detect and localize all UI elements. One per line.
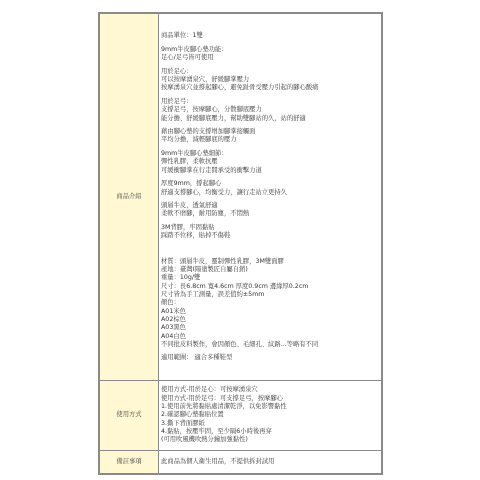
text-line: 彈性乳膠，柔軟抗壓: [161, 158, 379, 166]
text-line: 足心/足弓皆可使用: [161, 54, 379, 62]
text-line: 4.黏貼，按壓牢固，至少隔6小時後再穿: [161, 428, 379, 436]
text-line: 9mm牛皮腳心墊功能：: [161, 46, 379, 54]
table-row-product-intro: 商品介紹 商品單位：1雙 9mm牛皮腳心墊功能： 足心/足弓皆可使用 用於足心：…: [99, 13, 382, 381]
text-block: 3M背膠，牢固黏貼 踩踏不位移，貼掉不傷鞋: [161, 224, 379, 241]
row-value: 使用方式-用於足心：可按摩湧泉穴 使用方式-用於足弓：可支撐足弓，按摩腳心 1.…: [159, 381, 383, 451]
text-block: 適用範圍： 適合多種鞋型: [161, 354, 379, 362]
text-block: 用於足弓： 支撐足弓，按摩腳心，分散腳底壓力 能分擔、舒緩腳底壓力，幫助雙腳站的…: [161, 98, 379, 123]
table-row-usage: 使用方式 使用方式-用於足心：可按摩湧泉穴 使用方式-用於足弓：可支撐足弓，按摩…: [99, 381, 382, 451]
text-line: 踩踏不位移，貼掉不傷鞋: [161, 232, 379, 240]
row-value: 商品單位：1雙 9mm牛皮腳心墊功能： 足心/足弓皆可使用 用於足心： 可以按摩…: [159, 13, 383, 381]
text-block: 商品單位：1雙: [161, 32, 379, 40]
text-line: A02棕色: [161, 316, 379, 324]
text-line: 使用方式-用於足心：可按摩湧泉穴: [161, 386, 379, 394]
text-line: 不同批皮料製作，會因顏色、毛細孔、紋路...等略有不同: [161, 341, 379, 349]
text-line: 支撐足弓，按摩腳心，分散腳底壓力: [161, 106, 379, 114]
row-label: 商品介紹: [99, 13, 159, 381]
text-line: 適用範圍： 適合多種鞋型: [161, 354, 379, 362]
table-row-notes: 備註事項 此商品為個人衛生用品，不提供拆封試用: [99, 451, 382, 475]
text-block: 用於足心： 可以按摩湧泉穴，舒緩腳掌壓力 按摩湧泉穴並撐起腳心，避免趾骨受壓力引…: [161, 68, 379, 93]
text-line: 尺寸：長6.8cm 寬4.6cm 厚度0.9cm 邊緣厚0.2cm: [161, 283, 379, 291]
text-line: 顏色：: [161, 299, 379, 307]
text-line: 尺寸皆為手工測量，誤差值約±5mm: [161, 291, 379, 299]
row-label: 備註事項: [99, 451, 159, 475]
text-line: 按摩湧泉穴並撐起腳心，避免趾骨受壓力引起的腳心酸痛: [161, 84, 379, 92]
text-line: 舒適支撐腳心，均衡受力，讓行走站立更持久: [161, 189, 379, 197]
text-line: 柔軟不磨腳，耐用防塵，不悶熱: [161, 210, 379, 218]
spacer: [161, 246, 379, 258]
row-label: 使用方式: [99, 381, 159, 451]
text-block: 使用方式-用於足心：可按摩湧泉穴 使用方式-用於足弓：可支撐足弓，按摩腳心 1.…: [161, 386, 379, 444]
text-line: 厚度9mm，撐起腳心: [161, 180, 379, 188]
text-block: 9mm牛皮腳心墊細節： 彈性乳膠，柔軟抗壓 可緩衝腳掌在行走間承受的衝擊力道: [161, 150, 379, 175]
text-line: A03黑色: [161, 324, 379, 332]
text-block: 藉由腳心墊的支撐增加腳掌接觸面 平均分擔，減輕腳底的壓力: [161, 128, 379, 145]
text-line: A04白色: [161, 333, 379, 341]
text-line: 可緩衝腳掌在行走間承受的衝擊力道: [161, 167, 379, 175]
text-line: 使用方式-用於足弓：可支撐足弓，按摩腳心: [161, 395, 379, 403]
text-line: 此商品為個人衛生用品，不提供拆封試用: [161, 458, 379, 466]
text-block: 9mm牛皮腳心墊功能： 足心/足弓皆可使用: [161, 46, 379, 63]
row-value: 此商品為個人衛生用品，不提供拆封試用: [159, 451, 383, 475]
text-block-specs: 材質：頭層牛皮，靈制彈性乳膠，3M雙面膠 產地：臺灣(陽塗製匠自屬自銷) 重量：…: [161, 258, 379, 349]
text-line: 材質：頭層牛皮，靈制彈性乳膠，3M雙面膠: [161, 258, 379, 266]
text-line: 用於足弓：: [161, 98, 379, 106]
text-line: A01米色: [161, 308, 379, 316]
text-line: 重量：10g/雙: [161, 274, 379, 282]
text-line: 能分擔、舒緩腳底壓力，幫助雙腳站的久，站的舒適: [161, 115, 379, 123]
text-line: 3.撕下背面膠紙: [161, 420, 379, 428]
text-line: 用於足心：: [161, 68, 379, 76]
text-line: (可用吹風機吹熱分鐘加強黏性): [161, 436, 379, 444]
text-block: 頭層牛皮，透氣舒適 柔軟不磨腳，耐用防塵，不悶熱: [161, 202, 379, 219]
text-line: 2.確認腳心墊黏貼位置: [161, 411, 379, 419]
text-line: 商品單位：1雙: [161, 32, 379, 40]
text-line: 平均分擔，減輕腳底的壓力: [161, 136, 379, 144]
text-block: 厚度9mm，撐起腳心 舒適支撐腳心，均衡受力，讓行走站立更持久: [161, 180, 379, 197]
product-spec-table: 商品介紹 商品單位：1雙 9mm牛皮腳心墊功能： 足心/足弓皆可使用 用於足心：…: [98, 12, 383, 475]
